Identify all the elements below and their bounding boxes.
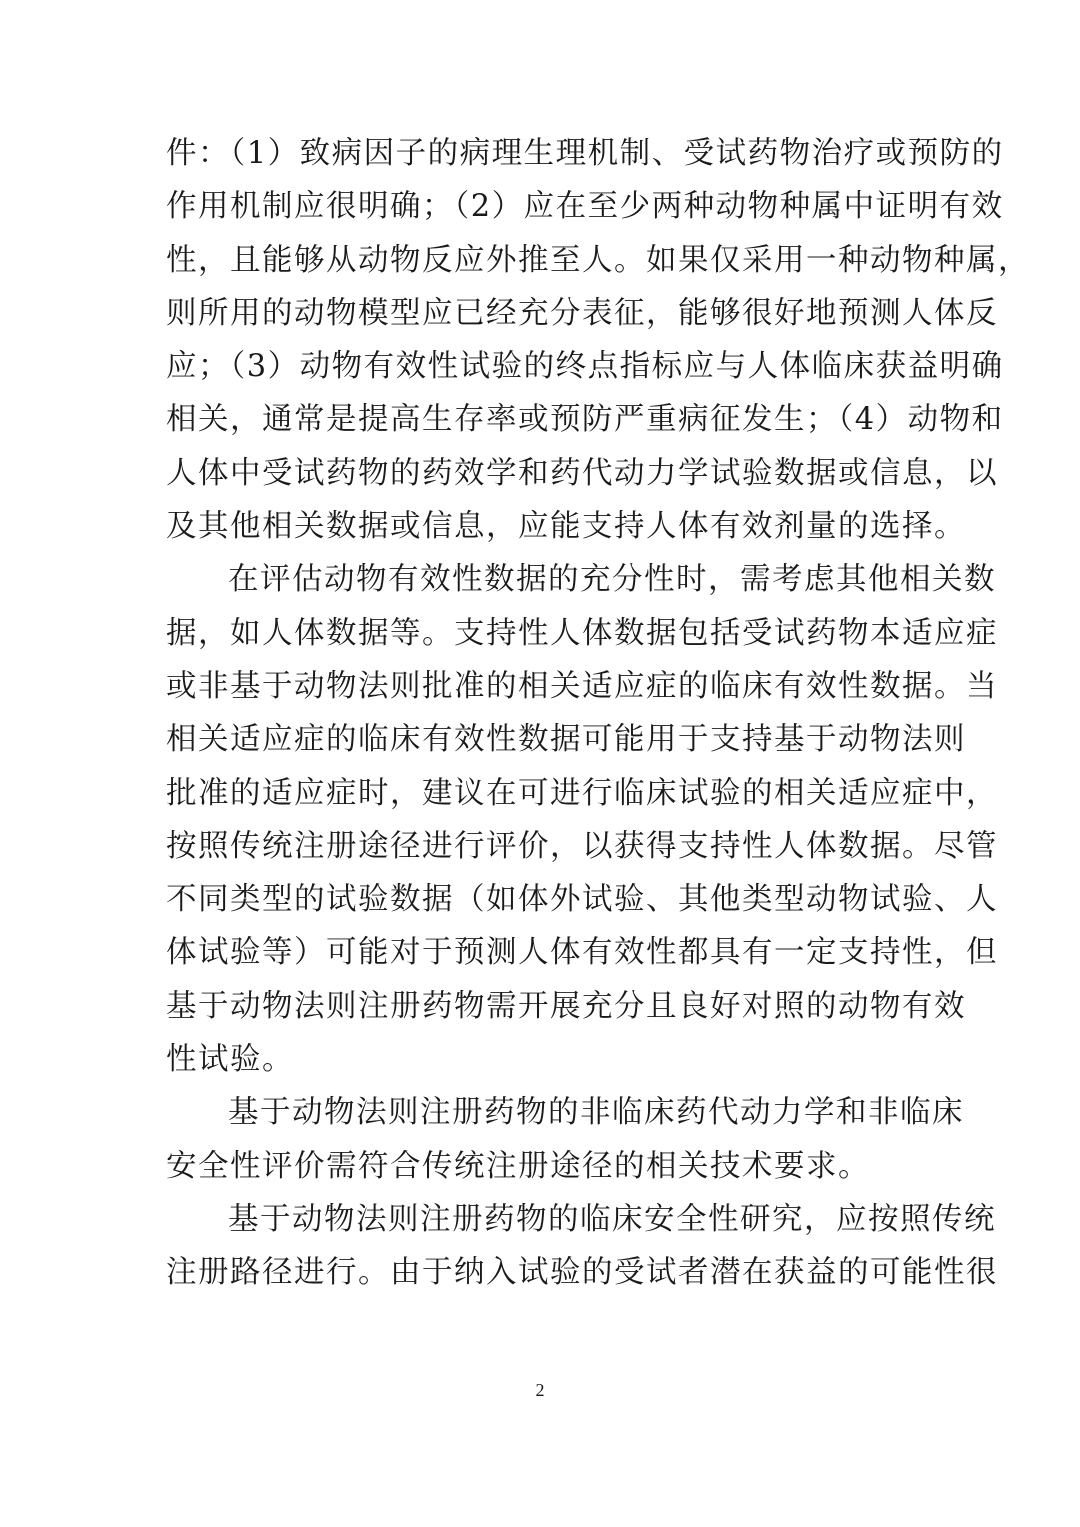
text-line: 应；（3）动物有效性试验的终点指标应与人体临床获益明确 [166, 340, 918, 393]
body-text: 件：（1）致病因子的病理生理机制、受试药物治疗或预防的 作用机制应很明确；（2）… [166, 127, 918, 1300]
text-line: 人体中受试药物的药效学和药代动力学试验数据或信息，以 [166, 447, 918, 500]
text-line: 不同类型的试验数据（如体外试验、其他类型动物试验、人 [166, 873, 918, 926]
text-line: 注册路径进行。由于纳入试验的受试者潜在获益的可能性很 [166, 1246, 918, 1299]
text-line: 则所用的动物模型应已经充分表征，能够很好地预测人体反 [166, 287, 918, 340]
paragraph-3: 基于动物法则注册药物的非临床药代动力学和非临床 安全性评价需符合传统注册途径的相… [166, 1086, 918, 1193]
text-line: 按照传统注册途径进行评价，以获得支持性人体数据。尽管 [166, 820, 918, 873]
text-line: 性试验。 [166, 1033, 918, 1086]
text-line: 件：（1）致病因子的病理生理机制、受试药物治疗或预防的 [166, 127, 918, 180]
text-line: 相关，通常是提高生存率或预防严重病征发生；（4）动物和 [166, 393, 918, 446]
text-line: 性，且能够从动物反应外推至人。如果仅采用一种动物种属， [166, 234, 918, 287]
text-line: 安全性评价需符合传统注册途径的相关技术要求。 [166, 1140, 918, 1193]
document-page: 件：（1）致病因子的病理生理机制、受试药物治疗或预防的 作用机制应很明确；（2）… [0, 0, 1080, 1527]
text-line: 或非基于动物法则批准的相关适应症的临床有效性数据。当 [166, 660, 918, 713]
paragraph-4: 基于动物法则注册药物的临床安全性研究，应按照传统 注册路径进行。由于纳入试验的受… [166, 1193, 918, 1300]
text-line: 基于动物法则注册药物的非临床药代动力学和非临床 [166, 1086, 918, 1139]
text-line: 基于动物法则注册药物的临床安全性研究，应按照传统 [166, 1193, 918, 1246]
text-line: 据，如人体数据等。支持性人体数据包括受试药物本适应症 [166, 607, 918, 660]
text-line: 及其他相关数据或信息，应能支持人体有效剂量的选择。 [166, 500, 918, 553]
text-line: 作用机制应很明确；（2）应在至少两种动物种属中证明有效 [166, 180, 918, 233]
page-number: 2 [0, 1380, 1080, 1401]
text-line: 体试验等）可能对于预测人体有效性都具有一定支持性，但 [166, 926, 918, 979]
text-line: 在评估动物有效性数据的充分性时，需考虑其他相关数 [166, 553, 918, 606]
text-line: 批准的适应症时，建议在可进行临床试验的相关适应症中， [166, 767, 918, 820]
paragraph-2: 在评估动物有效性数据的充分性时，需考虑其他相关数 据，如人体数据等。支持性人体数… [166, 553, 918, 1086]
text-line: 相关适应症的临床有效性数据可能用于支持基于动物法则 [166, 713, 918, 766]
text-line: 基于动物法则注册药物需开展充分且良好对照的动物有效 [166, 980, 918, 1033]
paragraph-1: 件：（1）致病因子的病理生理机制、受试药物治疗或预防的 作用机制应很明确；（2）… [166, 127, 918, 553]
